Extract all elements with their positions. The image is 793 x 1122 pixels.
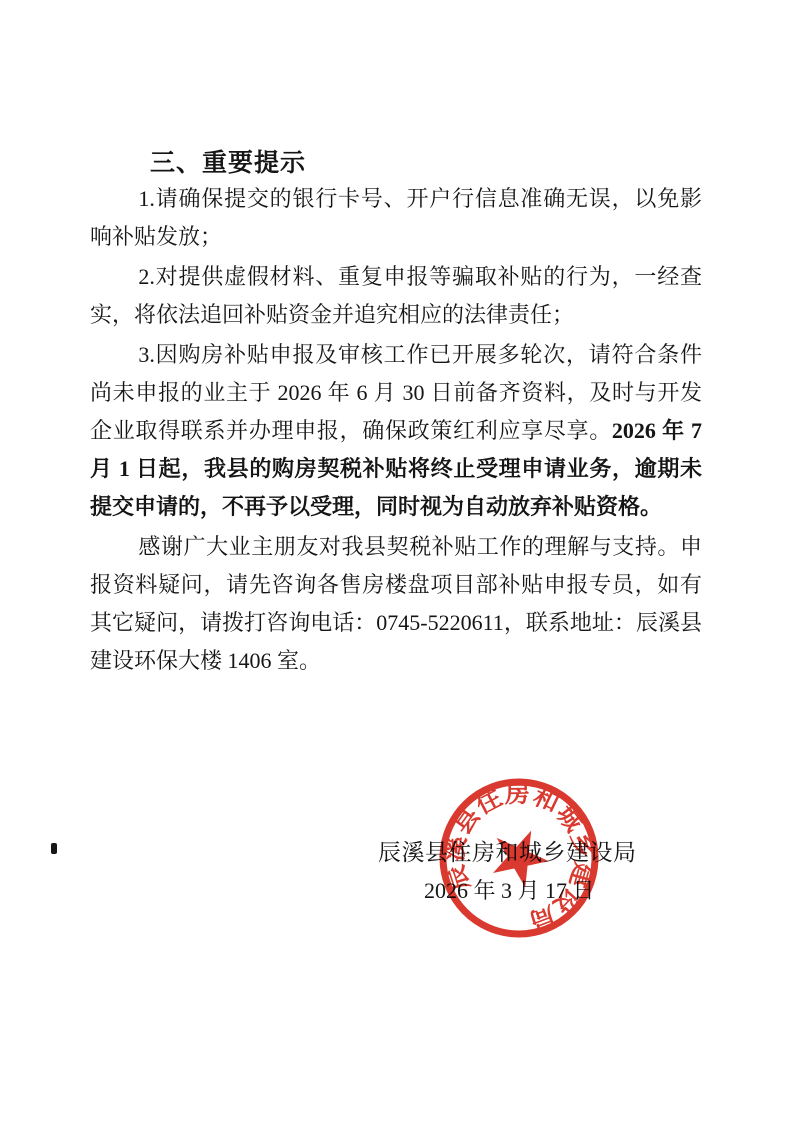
paragraph-2: 2.对提供虚假材料、重复申报等骗取补贴的行为，一经查实，将依法追回补贴资金并追究… <box>90 258 702 334</box>
paragraph-1-text: 1.请确保提交的银行卡号、开户行信息准确无误，以免影响补贴发放； <box>90 186 702 249</box>
ink-speck <box>51 843 57 854</box>
paragraph-3-normal-text: 3.因购房补贴申报及审核工作已开展多轮次，请符合条件尚未申报的业主于 2026 … <box>90 342 702 443</box>
paragraph-2-text: 2.对提供虚假材料、重复申报等骗取补贴的行为，一经查实，将依法追回补贴资金并追究… <box>90 264 702 327</box>
section-heading-text: 三、重要提示 <box>150 149 306 177</box>
paragraph-4: 感谢广大业主朋友对我县契税补贴工作的理解与支持。申报资料疑问，请先咨询各售房楼盘… <box>90 528 702 680</box>
paragraph-3: 3.因购房补贴申报及审核工作已开展多轮次，请符合条件尚未申报的业主于 2026 … <box>90 336 702 526</box>
document-page: 三、重要提示 1.请确保提交的银行卡号、开户行信息准确无误，以免影响补贴发放； … <box>0 0 793 1122</box>
paragraph-1: 1.请确保提交的银行卡号、开户行信息准确无误，以免影响补贴发放； <box>90 180 702 256</box>
section-heading: 三、重要提示 <box>150 143 306 179</box>
paragraph-4-text: 感谢广大业主朋友对我县契税补贴工作的理解与支持。申报资料疑问，请先咨询各售房楼盘… <box>90 534 702 673</box>
signature-org: 辰溪县住房和城乡建设局 <box>378 834 637 867</box>
document-body: 1.请确保提交的银行卡号、开户行信息准确无误，以免影响补贴发放； 2.对提供虚假… <box>90 180 702 682</box>
signature-date: 2026 年 3 月 17 日 <box>424 874 595 905</box>
